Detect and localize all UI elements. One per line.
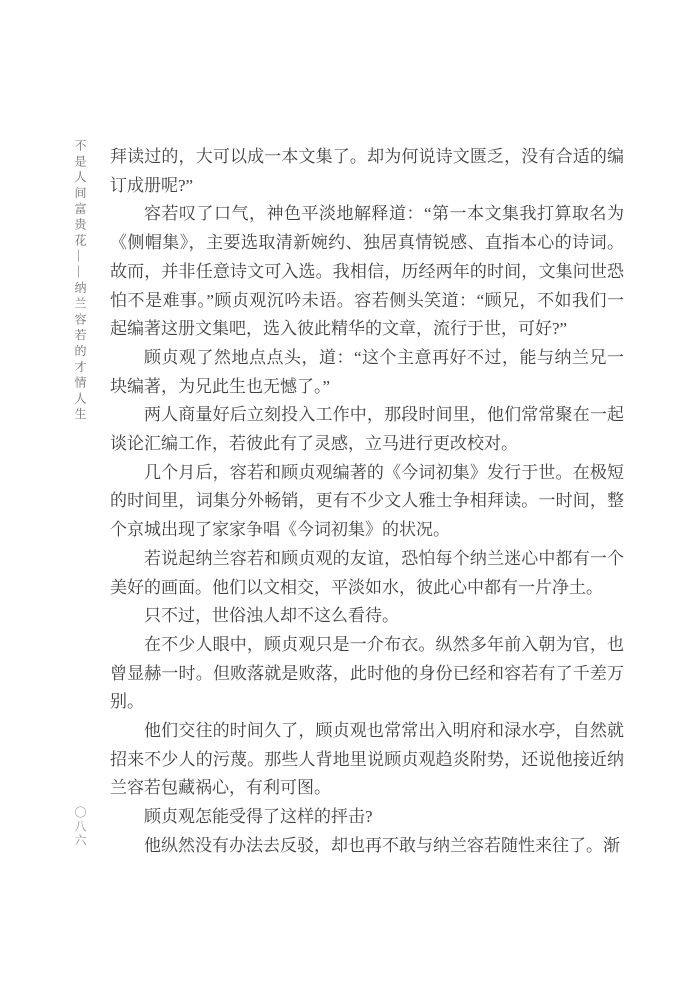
paragraph: 他们交往的时间久了，顾贞观也常常出入明府和渌水亭，自然就招来不少人的污蔑。那些人…: [110, 717, 624, 803]
paragraph: 容若叹了口气，神色平淡地解释道：“第一本文集我打算取名为《侧帽集》，主要选取清新…: [110, 200, 624, 344]
paragraph: 几个月后，容若和顾贞观编著的《今词初集》发行于世。在极短的时间里，词集分外畅销，…: [110, 459, 624, 545]
paragraph: 顾贞观了然地点点头，道：“这个主意再好不过，能与纳兰兄一块编著，为兄此生也无憾了…: [110, 344, 624, 401]
paragraph: 拜读过的，大可以成一本文集了。却为何说诗文匮乏，没有合适的编订成册呢?”: [110, 143, 624, 200]
paragraph: 在不少人眼中，顾贞观只是一介布衣。纵然多年前入朝为官，也曾显赫一时。但败落就是败…: [110, 631, 624, 717]
page-number: 〇八六: [72, 806, 89, 848]
paragraph: 他纵然没有办法去反驳，却也再不敢与纳兰容若随性来往了。渐: [110, 832, 624, 861]
book-title-sidebar: 不是人间富贵花——纳兰容若的才情人生: [72, 139, 89, 423]
paragraph: 两人商量好后立刻投入工作中，那段时间里，他们常常聚在一起谈论汇编工作，若彼此有了…: [110, 401, 624, 458]
paragraph: 顾贞观怎能受得了这样的抨击?: [110, 803, 624, 832]
book-page: 不是人间富贵花——纳兰容若的才情人生 〇八六 拜读过的，大可以成一本文集了。却为…: [0, 0, 699, 1000]
paragraph: 若说起纳兰容若和顾贞观的友谊，恐怕每个纳兰迷心中都有一个美好的画面。他们以文相交…: [110, 545, 624, 602]
body-text: 拜读过的，大可以成一本文集了。却为何说诗文匮乏，没有合适的编订成册呢?”容若叹了…: [110, 143, 624, 861]
paragraph: 只不过，世俗浊人却不这么看待。: [110, 602, 624, 631]
